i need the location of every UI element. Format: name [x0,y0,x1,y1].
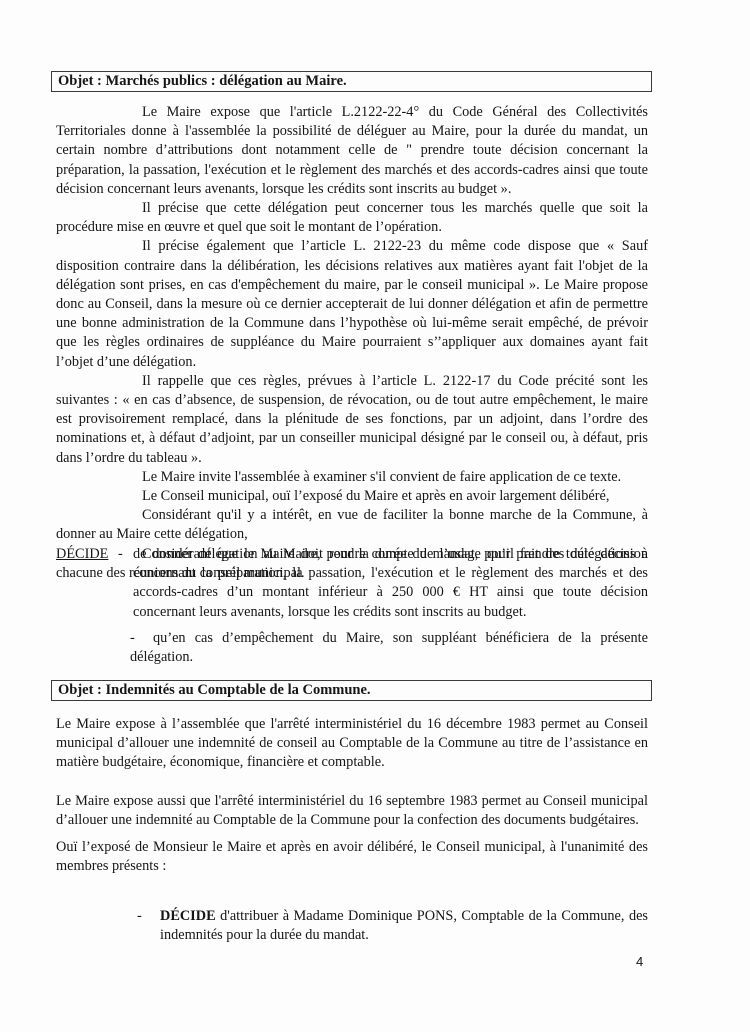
decision-text: d'attribuer à Madame Dominique PONS, Com… [160,908,648,943]
section-title-indemnites-comptable: Objet : Indemnités au Comptable de la Co… [51,680,652,701]
decide-label: DÉCIDE [56,546,108,562]
decision-item-text: qu’en cas d’empêchement du Maire, son su… [130,630,648,665]
decision-block-indemnites: DÉCIDE d'attribuer à Madame Dominique PO… [160,907,648,945]
paragraph: Considérant qu'il y a intérêt, en vue de… [56,506,648,544]
paragraph: Il rappelle que ces règles, prévues à l’… [56,372,648,468]
decide-label: DÉCIDE [160,908,216,924]
section-body-indemnites-comptable: Le Maire expose à l’assemblée que l'arrê… [56,715,648,876]
paragraph: Le Maire expose aussi que l'arrêté inter… [56,792,648,830]
dash: - [130,630,153,646]
section-body-marches-publics: Le Maire expose que l'article L.2122-22-… [56,103,648,583]
section-title-marches-publics: Objet : Marchés publics : délégation au … [51,71,652,92]
paragraph: Le Maire expose que l'article L.2122-22-… [56,103,648,199]
dash: - [118,545,123,564]
paragraph: Il précise également que l’article L. 21… [56,237,648,371]
paragraph: Il précise que cette délégation peut con… [56,199,648,237]
decision-item: de donner délégation au Maire, pour la d… [133,545,648,622]
dash: - [137,907,142,926]
decision-block-marches-publics: DÉCIDE - de donner délégation au Maire, … [56,545,648,625]
decision-item-2: - qu’en cas d’empêchement du Maire, son … [130,629,648,667]
page-number: 4 [636,954,643,969]
decision-item-text: de donner délégation au Maire, pour la d… [133,546,648,620]
paragraph: Ouï l’exposé de Monsieur le Maire et apr… [56,838,648,876]
paragraph: Le Maire invite l'assemblée à examiner s… [56,468,648,487]
document-page: Objet : Marchés publics : délégation au … [0,0,750,1032]
paragraph: Le Conseil municipal, ouï l’exposé du Ma… [56,487,648,506]
paragraph: Le Maire expose à l’assemblée que l'arrê… [56,715,648,773]
